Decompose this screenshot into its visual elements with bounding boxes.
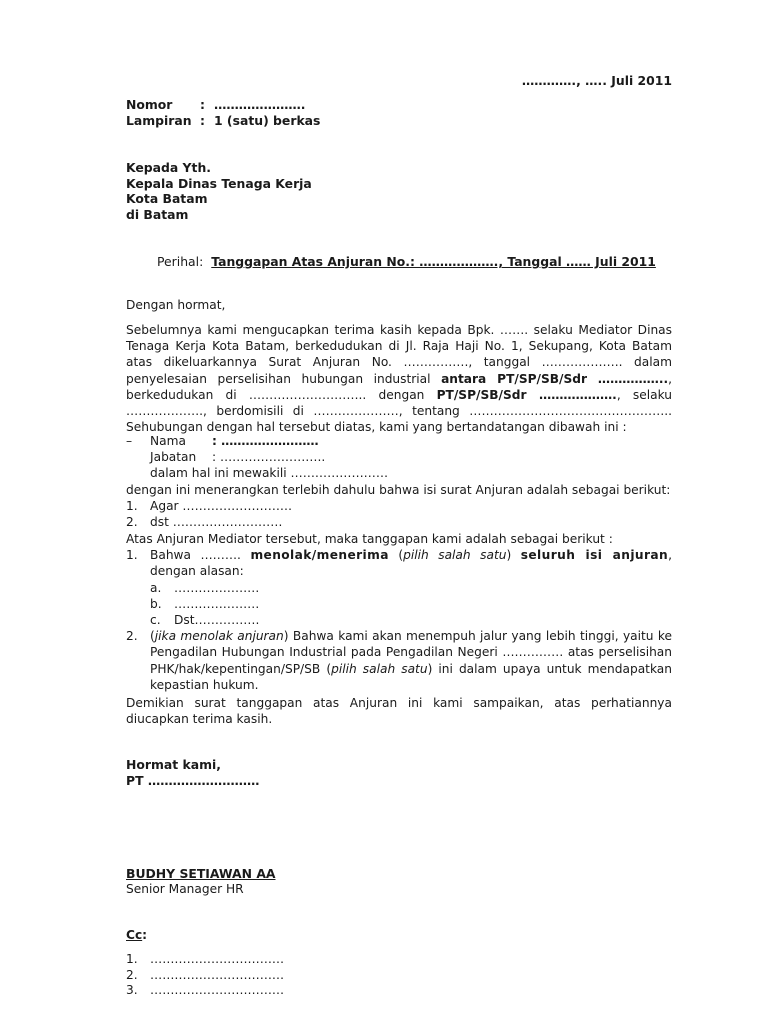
title-value: : …………………….. xyxy=(212,449,325,465)
opening-paragraph: Sebelumnya kami mengucapkan terima kasih… xyxy=(126,322,672,435)
choice-note: pilih salah satu xyxy=(403,548,506,562)
cc-label: Cc xyxy=(126,928,142,942)
letter-page: …………., ….. Juli 2011 Nomor : …………………. La… xyxy=(0,0,768,1024)
cc-item: 2. …………………………… xyxy=(126,968,284,984)
response-block: Atas Anjuran Mediator tersebut, maka tan… xyxy=(126,531,672,693)
meta-nomor: Nomor : …………………. xyxy=(126,97,320,113)
response-item-2: 2. (jika menolak anjuran) Bahwa kami aka… xyxy=(126,628,672,693)
recipient-line: Kepada Yth. xyxy=(126,160,312,176)
closing-paragraph: Demikian surat tanggapan atas Anjuran in… xyxy=(126,695,672,727)
meta-label: Lampiran xyxy=(126,113,200,129)
signature-block: Hormat kami, PT ……………………… xyxy=(126,757,259,788)
spacer xyxy=(126,465,150,481)
item-number: 2. xyxy=(126,968,150,984)
cc-heading: Cc: xyxy=(126,928,147,942)
response-intro: Atas Anjuran Mediator tersebut, maka tan… xyxy=(126,531,672,547)
party-one: antara PT/SP/SB/Sdr …………….. xyxy=(441,372,668,386)
meta-sep: : xyxy=(200,97,214,113)
text: ) xyxy=(506,548,520,562)
signatory-name-row: – Nama : …………………… xyxy=(126,433,672,449)
title-label: Jabatan xyxy=(150,449,212,465)
text: ( xyxy=(389,548,403,562)
item-number: 2. xyxy=(126,628,150,693)
signatory-title-row: Jabatan : …………………….. xyxy=(126,449,672,465)
item-text: …………………………… xyxy=(150,983,284,999)
item-text: ………………… xyxy=(174,596,259,612)
anjuran-item: 1. Agar ……………………… xyxy=(126,498,672,514)
recipient-line: Kota Batam xyxy=(126,191,312,207)
item-text: (jika menolak anjuran) Bahwa kami akan m… xyxy=(150,628,672,693)
condition-note: jika menolak anjuran xyxy=(155,629,284,643)
dash-bullet: – xyxy=(126,433,150,449)
choice-note: pilih salah satu xyxy=(331,662,427,676)
name-label: Nama xyxy=(150,433,212,449)
recipient-block: Kepada Yth. Kepala Dinas Tenaga Kerja Ko… xyxy=(126,160,312,222)
meta-value: …………………. xyxy=(214,97,305,113)
item-number: 1. xyxy=(126,952,150,968)
signatory-represent-row: dalam hal ini mewakili …………………… xyxy=(126,465,672,481)
item-letter: a. xyxy=(150,580,174,596)
subject-title: Tanggapan Atas Anjuran No.: ………………., Tan… xyxy=(211,254,656,269)
item-number: 1. xyxy=(126,498,150,514)
reason-item: a. ………………… xyxy=(126,580,672,596)
regards: Hormat kami, xyxy=(126,757,259,773)
decision-text: menolak/menerima xyxy=(250,548,388,562)
meta-sep: : xyxy=(200,113,214,129)
item-text: dst ……………………… xyxy=(150,514,672,530)
item-text: ………………… xyxy=(174,580,259,596)
meta-lampiran: Lampiran : 1 (satu) berkas xyxy=(126,113,320,129)
letter-date: …………., ….. Juli 2011 xyxy=(522,73,672,88)
cc-colon: : xyxy=(142,928,147,942)
item-text: Dst……………. xyxy=(174,612,259,628)
anjuran-item: 2. dst ……………………… xyxy=(126,514,672,530)
recipient-line: Kepala Dinas Tenaga Kerja xyxy=(126,176,312,192)
response-item-1: 1. Bahwa ………. menolak/menerima (pilih sa… xyxy=(126,547,672,579)
represent-text: dalam hal ini mewakili …………………… xyxy=(150,465,388,481)
item-text: …………………………… xyxy=(150,952,284,968)
item-text: Agar ……………………… xyxy=(150,498,672,514)
subject-line: Perihal:Tanggapan Atas Anjuran No.: …………… xyxy=(157,254,656,269)
cc-list: 1. …………………………… 2. …………………………… 3. …………………… xyxy=(126,952,284,999)
reason-item: c. Dst……………. xyxy=(126,612,672,628)
item-text: Bahwa ………. menolak/menerima (pilih salah… xyxy=(150,547,672,579)
item-letter: c. xyxy=(150,612,174,628)
signer-title: Senior Manager HR xyxy=(126,882,244,896)
cc-item: 3. …………………………… xyxy=(126,983,284,999)
spacer xyxy=(126,449,150,465)
letter-meta: Nomor : …………………. Lampiran : 1 (satu) ber… xyxy=(126,97,320,128)
subject-label: Perihal: xyxy=(157,254,203,269)
anjuran-intro: dengan ini menerangkan terlebih dahulu b… xyxy=(126,482,672,498)
company-name: PT ……………………… xyxy=(126,773,259,789)
item-number: 3. xyxy=(126,983,150,999)
signatory-block: – Nama : …………………… Jabatan : …………………….. d… xyxy=(126,433,672,530)
party-two: PT/SP/SB/Sdr ………………. xyxy=(437,388,617,402)
name-value: : …………………… xyxy=(212,433,319,449)
recipient-line: di Batam xyxy=(126,207,312,223)
signer-name: BUDHY SETIAWAN AA xyxy=(126,866,276,881)
text: Bahwa ………. xyxy=(150,548,250,562)
item-letter: b. xyxy=(150,596,174,612)
item-number: 1. xyxy=(126,547,150,579)
scope-text: seluruh isi anjuran xyxy=(521,548,668,562)
cc-item: 1. …………………………… xyxy=(126,952,284,968)
reason-item: b. ………………… xyxy=(126,596,672,612)
item-number: 2. xyxy=(126,514,150,530)
meta-label: Nomor xyxy=(126,97,200,113)
greeting: Dengan hormat, xyxy=(126,297,672,313)
meta-value: 1 (satu) berkas xyxy=(214,113,320,129)
item-text: …………………………… xyxy=(150,968,284,984)
